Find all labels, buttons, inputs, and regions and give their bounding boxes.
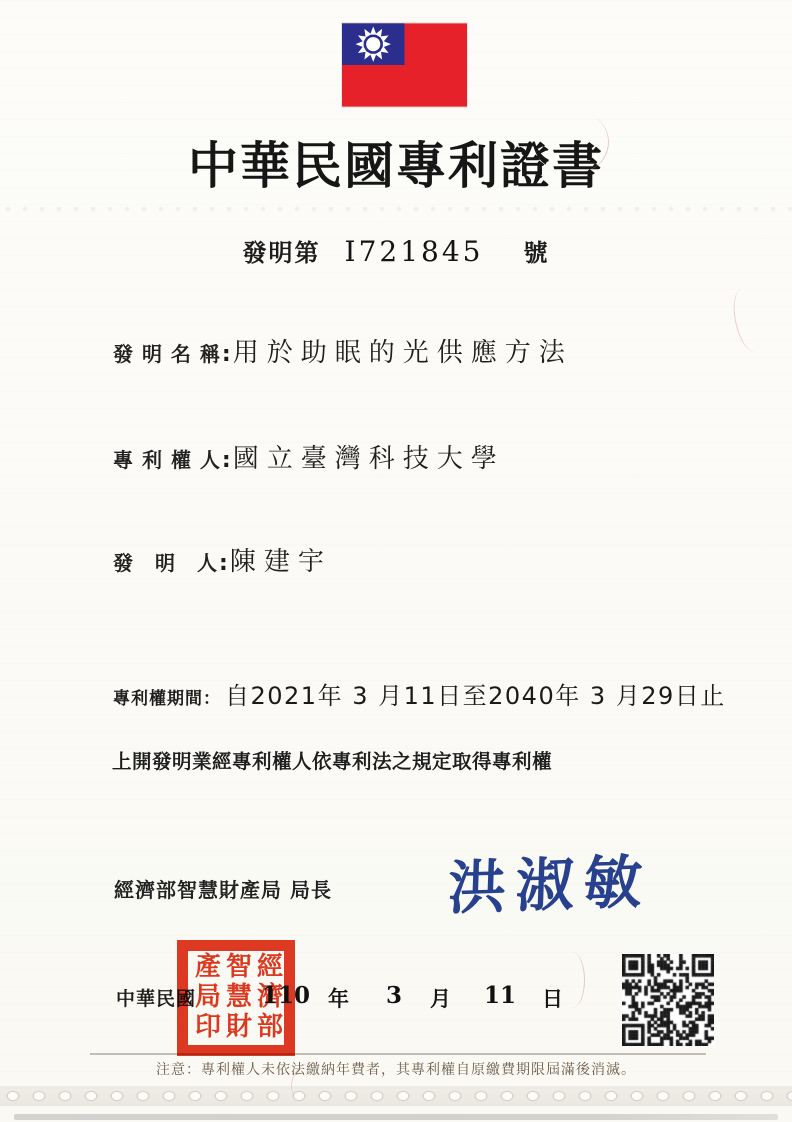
watermark-band-bottom [0,1086,792,1106]
patent-number-suffix: 號 [523,233,549,268]
legal-statement: 上開發明業經專利權人依專利法之規定取得專利權 [112,746,552,774]
colon: : [222,448,231,473]
footer-note: 注意：專利權人未依法繳納年費者，其專利權自原繳費期限屆滿後消滅。 [0,1059,792,1079]
colon: : [219,551,228,576]
date-month: 3 [386,982,402,1009]
paper-fibre [560,952,585,1008]
date-day-unit: 日 [542,983,563,1013]
scan-edge-strip [14,1114,778,1120]
paper-fibre [729,286,769,354]
certificate-title: 中華民國專利證書 [188,126,604,198]
qr-code [622,954,714,1046]
date-year: 110 [262,982,310,1009]
inventor-value: 陳建宇 [230,541,332,578]
director-signature: 洪淑敏 [447,834,654,925]
invention-name-label: 發 明 名 稱 [113,338,221,367]
field-patent-term: 專利權期間： 自2021年 3 月11日至2040年 3 月29日止 [113,676,726,711]
patent-certificate-page: 中華民國專利證書 發明第 I721845 號 發 明 名 稱 : 用於助眠的光供… [0,0,792,1122]
patentee-label: 專 利 權 人 [113,444,221,473]
invention-name-value: 用於助眠的光供應方法 [233,332,573,369]
patent-number-row: 發明第 I721845 號 [0,233,792,268]
patent-number-prefix: 發明第 [243,233,321,268]
watermark-band-top [0,196,792,222]
patent-number: I721845 [345,235,484,268]
roc-flag-icon [342,23,467,107]
patent-term-label: 專利權期間： [113,678,221,709]
inventor-label: 發 明 人 [113,547,218,576]
field-patentee: 專 利 權 人 : 國立臺灣科技大學 [113,438,505,475]
patent-term-value: 自2021年 3 月11日至2040年 3 月29日止 [225,676,726,711]
date-month-unit: 月 [430,983,451,1013]
patentee-value: 國立臺灣科技大學 [233,438,505,475]
field-invention-name: 發 明 名 稱 : 用於助眠的光供應方法 [113,332,573,369]
field-inventor: 發 明 人 : 陳建宇 [113,541,332,578]
date-day: 11 [484,982,516,1009]
issuer-title: 經濟部智慧財產局 局長 [114,874,332,903]
date-year-unit: 年 [328,983,349,1013]
colon: : [222,342,231,367]
